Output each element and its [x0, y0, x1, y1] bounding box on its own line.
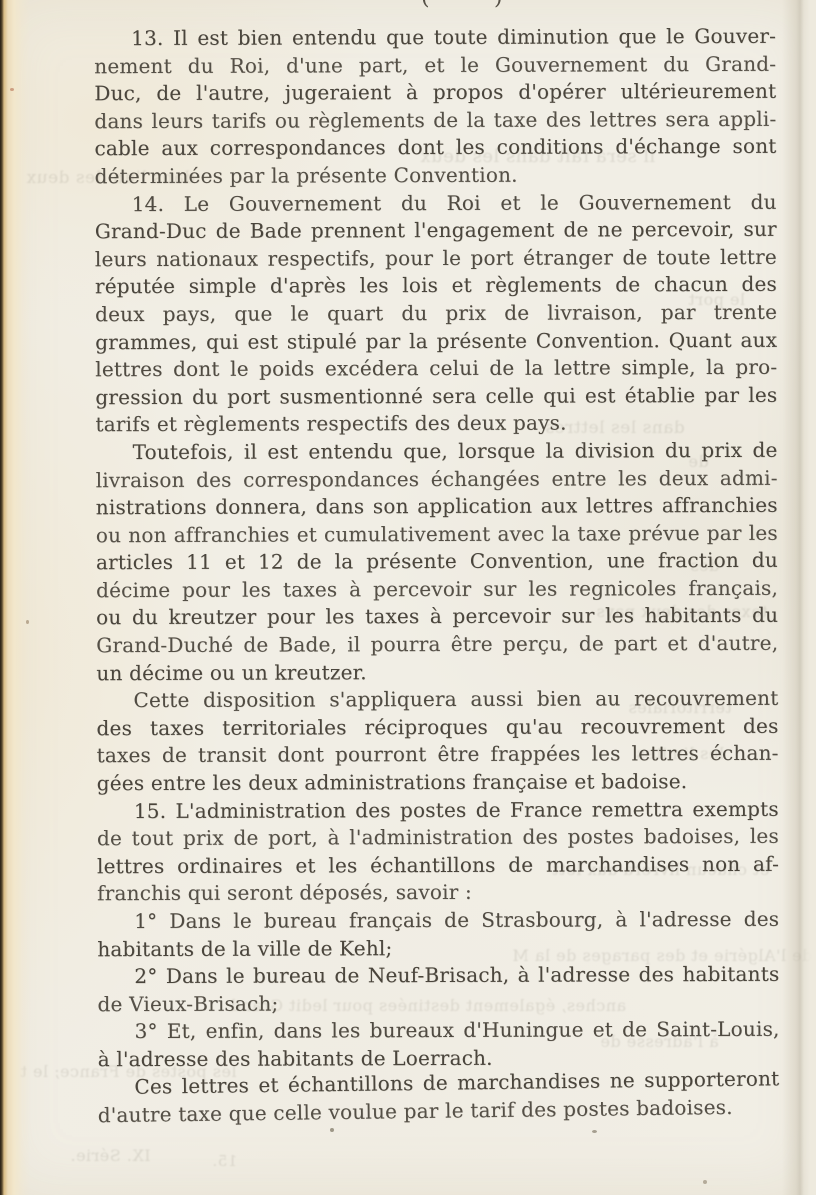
scanned-page: il sera fait dans les deuxdans l'un des …	[0, 0, 816, 1195]
text-line: ou non affranchies et cumulativement ave…	[96, 519, 778, 549]
text-line: habitants de la ville de Kehl;	[97, 933, 779, 963]
paragraph-article-14-cette-disposition: Cette disposition s'appliquera aussi bie…	[96, 685, 778, 798]
paragraph-article-15-closing: Ces lettres et échantillons de marchandi…	[97, 1065, 780, 1129]
text-line: 3° Et, enfin, dans les bureaux d'Huningu…	[98, 1016, 780, 1046]
text-line: deux pays, que le quart du prix de livra…	[95, 299, 777, 329]
text-line: Duc, de l'autre, jugeraient à propos d'o…	[94, 78, 776, 108]
text-line: ou du kreutzer pour les taxes à percevoi…	[96, 602, 778, 632]
text-line: leurs nationaux respectifs, pour le port…	[95, 244, 777, 274]
page-right-edge	[782, 0, 816, 1195]
text-line: 15. L'administration des postes de Franc…	[97, 795, 779, 825]
text-line: articles 11 et 12 de la présente Convent…	[96, 547, 778, 577]
paragraph-article-14: 14. Le Gouvernement du Roi et le Gouvern…	[95, 188, 778, 439]
text-line: Grand-Duc de Bade prennent l'engagement …	[95, 216, 777, 246]
text-line: de tout prix de port, à l'administration…	[97, 823, 779, 853]
text-line: livraison des correspondances échangées …	[96, 464, 778, 494]
text-line: Grand-Duché de Bade, il pourra être perç…	[96, 630, 778, 660]
paragraph-article-15-item-3: 3° Et, enfin, dans les bureaux d'Huningu…	[98, 1016, 780, 1074]
page-left-edge	[0, 0, 30, 1195]
foxing-speck	[10, 88, 14, 91]
text-line: un décime ou un kreutzer.	[96, 657, 778, 687]
text-line: 1° Dans le bureau français de Strasbourg…	[97, 906, 779, 936]
text-line: décime pour les taxes à percevoir sur le…	[96, 575, 778, 605]
text-line: lettres dont le poids excédera celui de …	[95, 354, 777, 384]
foxing-speck	[592, 1130, 597, 1133]
foxing-speck	[26, 620, 29, 624]
text-line: nement du Roi, d'une part, et le Gouvern…	[94, 50, 776, 80]
paragraph-article-14-toutefois: Toutefois, il est entendu que, lorsque l…	[96, 437, 779, 688]
text-line: des taxes territoriales réciproques qu'a…	[96, 713, 778, 743]
foxing-speck	[703, 1180, 707, 1184]
text-line: grammes, qui est stipulé par la présente…	[95, 326, 777, 356]
text-line: cable aux correspondances dont les condi…	[94, 133, 776, 163]
text-line: gression du port susmentionné sera celle…	[95, 382, 777, 412]
text-line: Cette disposition s'appliquera aussi bie…	[96, 685, 778, 715]
foxing-speck	[330, 1128, 334, 1132]
text-line: franchis qui seront déposés, savoir :	[97, 878, 779, 908]
text-line: gées entre les deux administrations fran…	[97, 768, 779, 798]
paragraph-article-15-item-1: 1° Dans le bureau français de Strasbourg…	[97, 906, 779, 964]
text-line: Toutefois, il est entendu que, lorsque l…	[96, 437, 778, 467]
text-line: 14. Le Gouvernement du Roi et le Gouvern…	[95, 188, 777, 218]
paragraph-article-13: 13. Il est bien entendu que toute diminu…	[94, 23, 777, 191]
text-line: nistrations donnera, dans son applicatio…	[96, 492, 778, 522]
text-line: lettres ordinaires et les échantillons d…	[97, 851, 779, 881]
paragraph-article-15-item-2: 2° Dans le bureau de Neuf-Brisach, à l'a…	[97, 961, 779, 1019]
text-line: tarifs et règlements respectifs des deux…	[95, 409, 777, 439]
text-line: déterminées par la présente Convention.	[95, 161, 777, 191]
text-block: 13. Il est bien entendu que toute diminu…	[94, 23, 780, 1129]
text-line: 2° Dans le bureau de Neuf-Brisach, à l'a…	[97, 961, 779, 991]
text-line: réputée simple d'après les lois et règle…	[95, 271, 777, 301]
text-line: 13. Il est bien entendu que toute diminu…	[94, 23, 776, 53]
text-line: dans leurs tarifs ou règlements de la ta…	[94, 106, 776, 136]
paragraph-article-15: 15. L'administration des postes de Franc…	[97, 795, 779, 908]
text-line: taxes de transit dont pourront être frap…	[97, 740, 779, 770]
text-line: de Vieux-Brisach;	[97, 989, 779, 1019]
